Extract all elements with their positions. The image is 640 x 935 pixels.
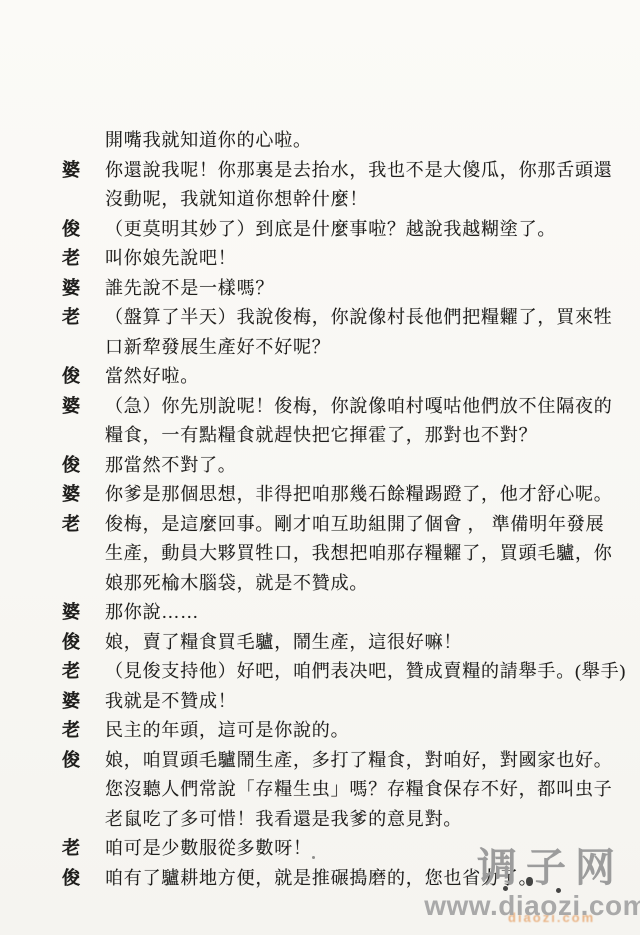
- line-text: 糧食，一有點糧食就趕快把它揮霍了，那對也不對？: [105, 421, 630, 451]
- watermark-site-url: www.diaozi.com: [424, 892, 640, 920]
- speaker-label: 婆: [62, 480, 105, 510]
- scan-speckle: [556, 888, 561, 893]
- line-text: 生產，動員大夥買牲口，我想把咱那存糧糶了，買頭毛驢，你: [105, 539, 630, 569]
- speaker-label: 俊: [62, 451, 105, 481]
- dialogue-line: 娘那死榆木腦袋，就是不贊成。: [62, 569, 630, 599]
- line-text: 俊梅，是這麼回事。剛才咱互助組開了個會 ， 準備明年發展: [105, 510, 630, 540]
- dialogue-line: 婆 誰先說不是一樣嗎？: [62, 274, 630, 304]
- scan-speckle: [503, 886, 508, 891]
- dialogue-line: 俊 那當然不對了。: [62, 451, 630, 481]
- line-text: 娘，咱買頭毛驢鬧生產，多打了糧食，對咱好，對國家也好。: [105, 746, 630, 776]
- speaker-label: 老: [62, 657, 105, 687]
- line-text: 沒動呢，我就知道你想幹什麼！: [105, 185, 630, 215]
- speaker-label: [62, 539, 105, 569]
- speaker-label: 俊: [62, 628, 105, 658]
- speaker-label: 老: [62, 510, 105, 540]
- dialogue-line: 婆 你爹是那個思想，非得把咱那幾石餘糧踢蹬了，他才舒心呢。: [62, 480, 630, 510]
- speaker-label: 俊: [62, 864, 105, 894]
- line-text: 口新犂發展生產好不好呢？: [105, 333, 630, 363]
- line-text: 當然好啦。: [105, 362, 630, 392]
- speaker-label: 俊: [62, 215, 105, 245]
- speaker-label: 俊: [62, 746, 105, 776]
- dialogue-line: 糧食，一有點糧食就趕快把它揮霍了，那對也不對？: [62, 421, 630, 451]
- line-text: 娘，賣了糧食買毛驢，鬧生產，這很好嘛！: [105, 628, 630, 658]
- speaker-label: [62, 421, 105, 451]
- speaker-label: 老: [62, 716, 105, 746]
- speaker-label: 老: [62, 303, 105, 333]
- dialogue-line: 老 （見俊支持他）好吧，咱們表决吧，贊成賣糧的請舉手。(舉手): [62, 657, 630, 687]
- dialogue-line: 老 俊梅，是這麼回事。剛才咱互助組開了個會 ， 準備明年發展: [62, 510, 630, 540]
- speaker-label: 老: [62, 834, 105, 864]
- dialogue-line: 開嘴我就知道你的心啦。: [62, 126, 630, 156]
- dialogue-line: 您沒聽人們常說「存糧生虫」嗎？存糧食保存不好，都叫虫子: [62, 775, 630, 805]
- line-text: 那當然不對了。: [105, 451, 630, 481]
- speaker-label: [62, 569, 105, 599]
- dialogue-line: 俊 娘，咱買頭毛驢鬧生產，多打了糧食，對咱好，對國家也好。: [62, 746, 630, 776]
- watermark-site-name: 调子网: [477, 848, 624, 888]
- dialogue-line: 婆 （急）你先別說呢！俊梅，你說像咱村嘎咕他們放不住隔夜的: [62, 392, 630, 422]
- speaker-label: 婆: [62, 392, 105, 422]
- dialogue-line: 口新犂發展生產好不好呢？: [62, 333, 630, 363]
- dialogue-line: 老鼠吃了多可惜！我看還是我爹的意見對。: [62, 805, 630, 835]
- speaker-label: 婆: [62, 687, 105, 717]
- scan-speckle: [526, 877, 533, 886]
- scanned-script-page: 開嘴我就知道你的心啦。 婆 你還說我呢！你那裏是去抬水，我也不是大傻瓜，你那舌頭…: [0, 0, 640, 935]
- line-text: 叫你娘先說吧！: [105, 244, 630, 274]
- dialogue-line: 老 叫你娘先說吧！: [62, 244, 630, 274]
- dialogue: 開嘴我就知道你的心啦。 婆 你還說我呢！你那裏是去抬水，我也不是大傻瓜，你那舌頭…: [62, 126, 630, 893]
- dialogue-line: 老 民主的年頭，這可是你說的。: [62, 716, 630, 746]
- line-text: 我就是不贊成！: [105, 687, 630, 717]
- dialogue-line: 俊 當然好啦。: [62, 362, 630, 392]
- speaker-label: [62, 805, 105, 835]
- line-text: 民主的年頭，這可是你說的。: [105, 716, 630, 746]
- speaker-label: [62, 126, 105, 156]
- speaker-label: [62, 185, 105, 215]
- line-text: （盤算了半天）我說俊梅，你說像村長他們把糧糶了，買來牲: [105, 303, 630, 333]
- dialogue-line: 生產，動員大夥買牲口，我想把咱那存糧糶了，買頭毛驢，你: [62, 539, 630, 569]
- speaker-label: 婆: [62, 598, 105, 628]
- speaker-label: [62, 775, 105, 805]
- line-text: （急）你先別說呢！俊梅，你說像咱村嘎咕他們放不住隔夜的: [105, 392, 630, 422]
- speaker-label: 婆: [62, 156, 105, 186]
- dialogue-line: 婆 我就是不贊成！: [62, 687, 630, 717]
- scan-speckle: [312, 856, 315, 859]
- dialogue-line: 俊 娘，賣了糧食買毛驢，鬧生產，這很好嘛！: [62, 628, 630, 658]
- dialogue-line: 沒動呢，我就知道你想幹什麼！: [62, 185, 630, 215]
- line-text: 您沒聽人們常說「存糧生虫」嗎？存糧食保存不好，都叫虫子: [105, 775, 630, 805]
- line-text: 開嘴我就知道你的心啦。: [105, 126, 630, 156]
- speaker-label: 俊: [62, 362, 105, 392]
- line-text: 老鼠吃了多可惜！我看還是我爹的意見對。: [105, 805, 630, 835]
- line-text: 你爹是那個思想，非得把咱那幾石餘糧踢蹬了，他才舒心呢。: [105, 480, 630, 510]
- dialogue-line: 老 （盤算了半天）我說俊梅，你說像村長他們把糧糶了，買來牲: [62, 303, 630, 333]
- line-text: 誰先說不是一樣嗎？: [105, 274, 630, 304]
- speaker-label: 老: [62, 244, 105, 274]
- line-text: （見俊支持他）好吧，咱們表决吧，贊成賣糧的請舉手。(舉手): [105, 657, 630, 687]
- dialogue-line: 婆 那你說……: [62, 598, 630, 628]
- line-text: 那你說……: [105, 598, 630, 628]
- line-text: （更莫明其妙了）到底是什麼事啦？越說我越糊塗了。: [105, 215, 630, 245]
- dialogue-line: 婆 你還說我呢！你那裏是去抬水，我也不是大傻瓜，你那舌頭還: [62, 156, 630, 186]
- speaker-label: 婆: [62, 274, 105, 304]
- dialogue-line: 俊 （更莫明其妙了）到底是什麼事啦？越說我越糊塗了。: [62, 215, 630, 245]
- line-text: 你還說我呢！你那裏是去抬水，我也不是大傻瓜，你那舌頭還: [105, 156, 630, 186]
- speaker-label: [62, 333, 105, 363]
- line-text: 娘那死榆木腦袋，就是不贊成。: [105, 569, 630, 599]
